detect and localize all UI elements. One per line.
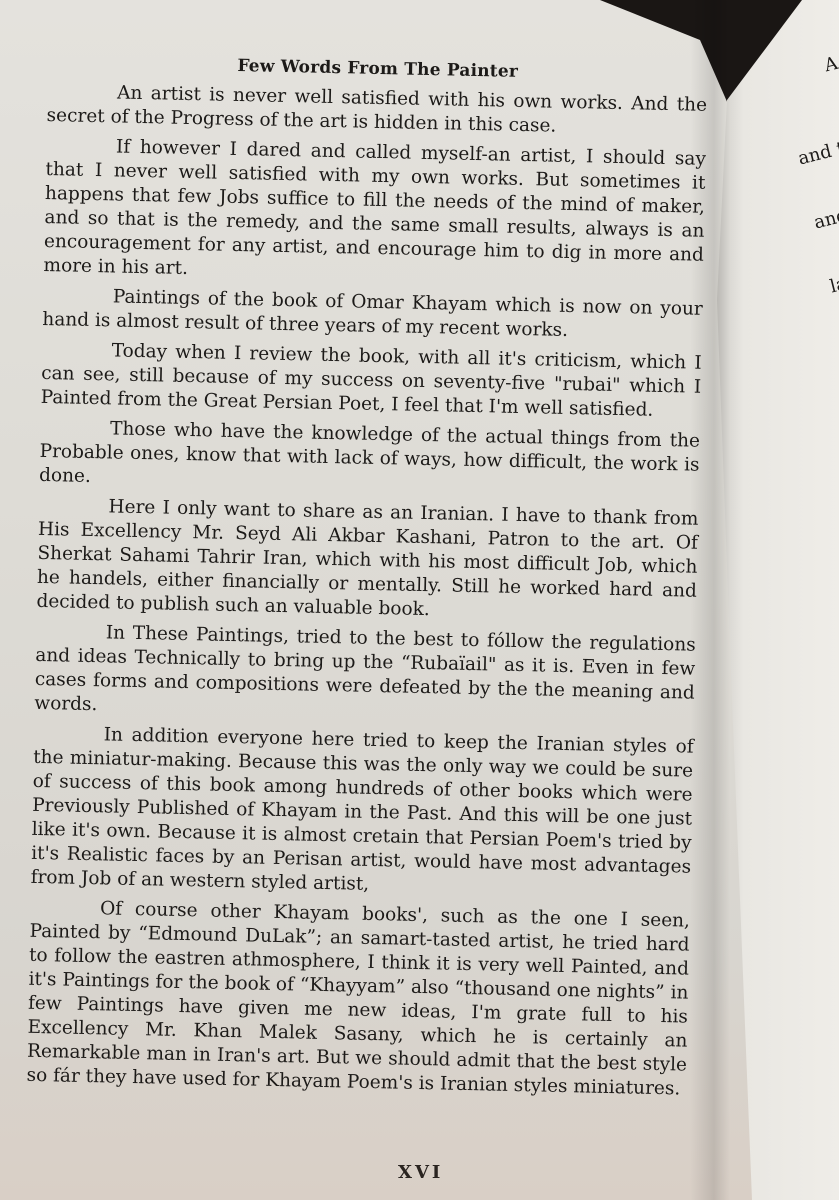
paragraph-5: Those who have the knowledge of the actu… (39, 416, 700, 502)
paragraph-9: Of course other Khayam books', such as t… (26, 896, 690, 1102)
paragraph-3: Paintings of the book of Omar Khayam whi… (42, 284, 703, 346)
paragraph-7: In These Paintings, tried to the best to… (34, 620, 696, 730)
facing-page-fragment: and ex (812, 198, 839, 234)
paragraph-8: In addition everyone here tried to keep … (30, 722, 693, 904)
paragraph-1: An artist is never well satisfied with h… (46, 80, 707, 142)
paragraph-6: Here I only want to share as an Iranian.… (36, 494, 698, 628)
paragraph-4: Today when I review the book, with all i… (41, 338, 702, 424)
paragraph-2: If however I dared and called myself-an … (43, 134, 706, 292)
page-body: Few Words From The Painter An artist is … (26, 52, 708, 1108)
page-number: XVI (398, 1162, 443, 1183)
facing-page-fragment: and th (796, 134, 839, 170)
